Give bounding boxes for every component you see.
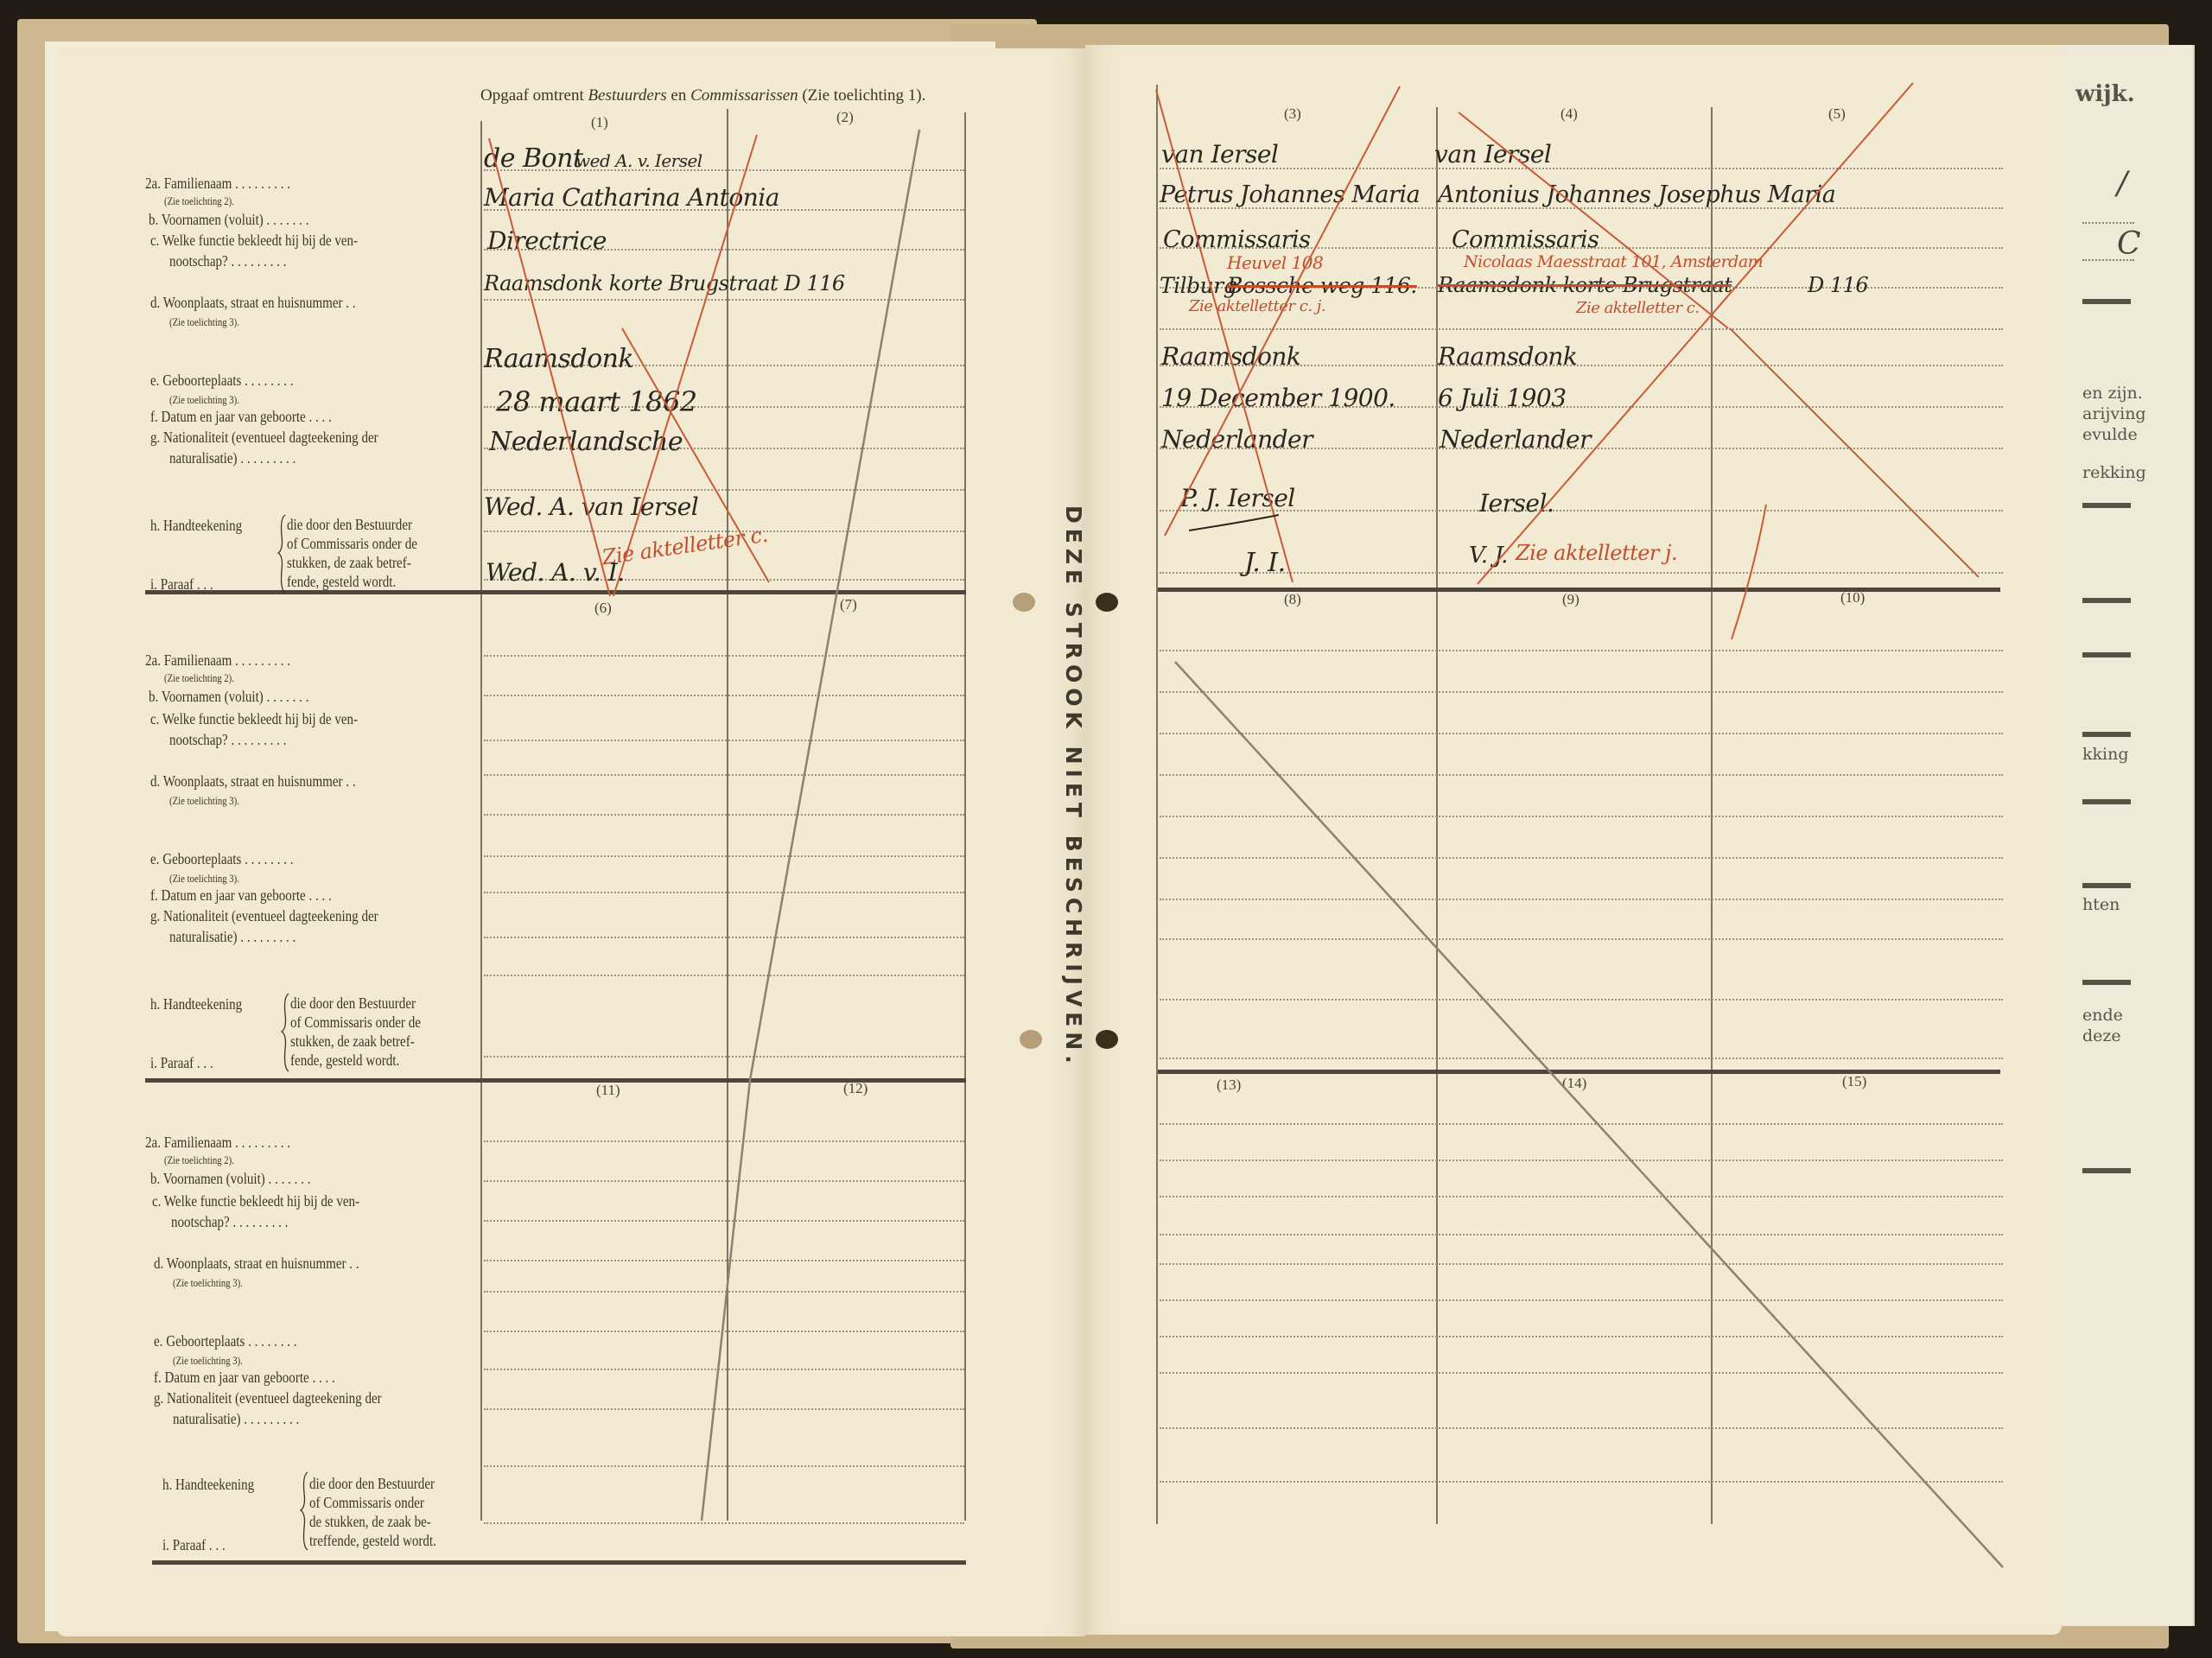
hw-handteekening: Wed. A. van Iersel — [484, 492, 698, 521]
under-page-rule — [2082, 503, 2131, 508]
punch-hole — [1096, 1030, 1118, 1049]
under-page-rule — [2082, 299, 2131, 304]
under-page-text: deze — [2082, 1026, 2121, 1045]
row-line — [484, 1331, 964, 1332]
label-paraaf: i. Paraaf . . . — [150, 575, 213, 594]
hw-familienaam-addition: wed A. v. Iersel — [575, 150, 702, 171]
row-line — [1160, 1263, 2003, 1265]
row-line — [484, 740, 964, 741]
under-page-text: en zijn. — [2082, 384, 2143, 403]
row-line — [484, 1465, 964, 1467]
label-functie-cont: nootschap? . . . . . . . . . — [171, 1213, 288, 1231]
row-line — [484, 1140, 964, 1142]
label-paraaf: i. Paraaf . . . — [150, 1054, 213, 1072]
row-line — [484, 1522, 964, 1524]
label-nationaliteit-cont: naturalisatie) . . . . . . . . . — [173, 1410, 299, 1428]
hw-geboortedatum: 19 December 1900. — [1161, 384, 1395, 412]
label-voornamen: b. Voornamen (voluit) . . . . . . . — [149, 211, 308, 229]
label-note: (Zie toelichting 3). — [169, 316, 239, 329]
row-line — [1160, 899, 2003, 900]
hw-woonplaats-correction: Heuvel 108 — [1227, 252, 1323, 273]
hw-familienaam: van Iersel — [1434, 140, 1551, 168]
hw-woonplaats-suffix: D 116 — [1808, 273, 1868, 297]
label-geboorteplaats: e. Geboorteplaats . . . . . . . . — [154, 1332, 297, 1350]
hw-paraaf: Wed. A. v. I. — [486, 558, 625, 587]
label-functie: c. Welke functie bekleedt hij bij de ven… — [150, 710, 358, 728]
column-number: (6) — [594, 600, 612, 617]
under-page-text: kking — [2082, 745, 2129, 764]
row-line — [1160, 1336, 2003, 1337]
punch-hole — [1013, 593, 1035, 612]
label-functie: c. Welke functie bekleedt hij bij de ven… — [150, 232, 358, 250]
label-familienaam: 2a. Familienaam . . . . . . . . . — [145, 651, 290, 670]
label-woonplaats: d. Woonplaats, straat en huisnummer . . — [150, 294, 356, 312]
underlying-page: wijk. / C en zijn. arijving evulde rekki… — [2056, 45, 2195, 1626]
row-line — [1160, 328, 2003, 330]
row-line — [1160, 999, 2003, 1001]
title-prefix: Opgaaf omtrent — [480, 86, 588, 105]
label-geboortedatum: f. Datum en jaar van geboorte . . . . — [150, 408, 332, 426]
row-line — [484, 1056, 964, 1058]
row-line — [1160, 1372, 2003, 1374]
column-number: (14) — [1562, 1075, 1586, 1092]
label-note: (Zie toelichting 3). — [169, 394, 239, 407]
under-page-text: ende — [2082, 1006, 2123, 1025]
hw-red-note: Zie aktelletter c. — [1576, 299, 1700, 317]
punch-hole — [1096, 593, 1118, 612]
label-handteekening: h. Handteekening — [150, 517, 242, 535]
hw-woonplaats-prefix: Tilburg — [1160, 273, 1236, 298]
brace-line: fende, gesteld wordt. — [290, 1051, 421, 1070]
label-functie-cont: nootschap? . . . . . . . . . — [169, 252, 286, 270]
hw-geboorteplaats: Raamsdonk — [484, 344, 633, 374]
brace-line: stukken, de zaak betref- — [290, 1032, 421, 1051]
label-voornamen: b. Voornamen (voluit) . . . . . . . — [150, 1170, 310, 1188]
hw-handteekening: P. J. Iersel — [1180, 484, 1295, 512]
under-page-dotted-line — [2082, 222, 2134, 224]
hw-familienaam: van Iersel — [1161, 140, 1278, 168]
row-line — [484, 489, 964, 491]
row-line — [1160, 168, 2003, 169]
brace-line: of Commissaris onder — [309, 1493, 436, 1512]
label-signature-explanation: die door den Bestuurder of Commissaris o… — [287, 515, 417, 591]
hw-nationaliteit: Nederlandsche — [489, 427, 683, 457]
title-bestuurders: Bestuurders — [588, 86, 667, 105]
label-woonplaats: d. Woonplaats, straat en huisnummer . . — [154, 1255, 359, 1273]
label-note: (Zie toelichting 3). — [169, 795, 239, 808]
label-handteekening: h. Handteekening — [162, 1476, 254, 1494]
row-line — [1160, 1123, 2003, 1125]
brace-line: die door den Bestuurder — [290, 994, 421, 1013]
block-separator — [145, 590, 966, 594]
row-line — [484, 975, 964, 976]
row-line — [484, 655, 964, 657]
row-line — [1160, 1427, 2003, 1429]
hw-functie: Commissaris — [1163, 226, 1310, 253]
hw-nationaliteit: Nederlander — [1440, 425, 1591, 454]
label-note: (Zie toelichting 3). — [173, 1277, 243, 1290]
hw-functie: Directrice — [487, 226, 607, 255]
brace-line: die door den Bestuurder — [287, 515, 417, 534]
label-nationaliteit: g. Nationaliteit (eventueel dagteekening… — [150, 429, 378, 447]
hw-voornamen: Petrus Johannes Maria — [1160, 181, 1420, 208]
row-line — [484, 1291, 964, 1293]
row-line — [484, 814, 964, 816]
column-number: (8) — [1284, 591, 1301, 608]
row-line — [484, 299, 964, 301]
label-geboorteplaats: e. Geboorteplaats . . . . . . . . — [150, 850, 294, 868]
under-page-text: evulde — [2082, 425, 2138, 444]
under-page-rule — [2082, 1168, 2131, 1173]
hw-geboorteplaats: Raamsdonk — [1438, 342, 1577, 371]
title-suffix: (Zie toelichting 1). — [798, 86, 926, 105]
hw-paraaf: V. J. — [1469, 543, 1508, 569]
label-woonplaats: d. Woonplaats, straat en huisnummer . . — [150, 772, 356, 791]
column-number: (11) — [596, 1082, 620, 1099]
row-line — [1160, 1196, 2003, 1197]
brace-line: of Commissaris onder de — [290, 1013, 421, 1032]
row-line — [484, 1180, 964, 1182]
hw-handteekening: Iersel. — [1479, 489, 1554, 518]
row-line — [484, 1220, 964, 1222]
row-line — [1160, 572, 2003, 574]
label-nationaliteit: g. Nationaliteit (eventueel dagteekening… — [150, 907, 378, 925]
hw-functie: Commissaris — [1452, 226, 1599, 253]
block-separator — [145, 1078, 966, 1083]
under-page-rule — [2082, 883, 2131, 888]
under-page-handwriting-2: C — [2117, 226, 2140, 262]
row-line — [1160, 938, 2003, 940]
brace-line: die door den Bestuurder — [309, 1474, 436, 1493]
row-line — [484, 1369, 964, 1370]
under-page-handwriting-1: / — [2117, 166, 2127, 201]
label-familienaam: 2a. Familienaam . . . . . . . . . — [145, 1134, 290, 1152]
row-line — [1160, 1481, 2003, 1483]
column-number: (15) — [1842, 1073, 1866, 1090]
hw-red-note-2: Zie aktelletter j. — [1516, 541, 1677, 565]
row-line — [1160, 857, 2003, 859]
hw-red-note: Zie aktelletter c. j. — [1189, 297, 1325, 315]
label-signature-explanation: die door den Bestuurder of Commissaris o… — [309, 1474, 436, 1550]
under-page-text: arijving — [2082, 404, 2146, 423]
hw-woonplaats-struck: Bossche weg 116. — [1227, 273, 1417, 298]
row-line — [484, 892, 964, 893]
strip-notice: DEZE STROOK NIET BESCHRIJVEN. — [1061, 505, 1086, 1069]
brace-line: de stukken, de zaak be- — [309, 1512, 436, 1531]
row-line — [1160, 733, 2003, 734]
brace-line: fende, gesteld wordt. — [287, 572, 417, 591]
block-separator — [1158, 1070, 2000, 1074]
row-line — [1160, 774, 2003, 776]
column-number: (13) — [1217, 1077, 1241, 1094]
column-rule — [480, 121, 482, 1521]
row-line — [484, 937, 964, 938]
brace-line: stukken, de zaak betref- — [287, 553, 417, 572]
under-page-rule — [2082, 732, 2131, 737]
label-functie-cont: nootschap? . . . . . . . . . — [169, 731, 286, 749]
hw-voornamen: Antonius Johannes Josephus Maria — [1438, 181, 1835, 208]
row-line — [1160, 1234, 2003, 1236]
label-geboortedatum: f. Datum en jaar van geboorte . . . . — [154, 1369, 335, 1387]
column-number: (3) — [1284, 105, 1301, 123]
brace-line: treffende, gesteld wordt. — [309, 1531, 436, 1550]
label-geboortedatum: f. Datum en jaar van geboorte . . . . — [150, 886, 332, 905]
title-en: en — [667, 86, 690, 105]
row-line — [1160, 816, 2003, 817]
hw-geboortedatum: 28 maart 1862 — [496, 385, 697, 418]
row-line — [1160, 650, 2003, 651]
row-line — [484, 855, 964, 857]
label-note: (Zie toelichting 2). — [164, 195, 234, 208]
row-line — [484, 1260, 964, 1261]
row-line — [1160, 1058, 2003, 1059]
hw-paraaf: J. I. — [1244, 548, 1286, 578]
label-note: (Zie toelichting 2). — [164, 672, 234, 685]
label-note: (Zie toelichting 3). — [173, 1355, 243, 1368]
label-functie: c. Welke functie bekleedt hij bij de ven… — [152, 1192, 359, 1210]
hw-voornamen: Maria Catharina Antonia — [484, 183, 779, 212]
label-nationaliteit: g. Nationaliteit (eventueel dagteekening… — [154, 1389, 382, 1407]
label-note: (Zie toelichting 2). — [164, 1154, 234, 1167]
label-nationaliteit-cont: naturalisatie) . . . . . . . . . — [169, 449, 296, 467]
row-line — [1160, 1159, 2003, 1161]
column-rule — [964, 112, 966, 1521]
hw-geboorteplaats: Raamsdonk — [1161, 342, 1300, 371]
label-paraaf: i. Paraaf . . . — [162, 1536, 226, 1554]
row-line — [1160, 691, 2003, 693]
hw-woonplaats-struck: Raamsdonk korte Brugstraat — [1438, 273, 1732, 297]
label-familienaam: 2a. Familienaam . . . . . . . . . — [145, 175, 290, 193]
brace-line: of Commissaris onder de — [287, 534, 417, 553]
label-nationaliteit-cont: naturalisatie) . . . . . . . . . — [169, 928, 296, 946]
hw-geboortedatum: 6 Juli 1903 — [1438, 384, 1567, 412]
label-voornamen: b. Voornamen (voluit) . . . . . . . — [149, 688, 308, 706]
label-geboorteplaats: e. Geboorteplaats . . . . . . . . — [150, 372, 294, 390]
column-number: (4) — [1560, 105, 1578, 123]
column-rule — [1156, 85, 1158, 1524]
under-page-rule — [2082, 799, 2131, 804]
column-number: (9) — [1562, 591, 1580, 608]
column-number: (2) — [836, 109, 854, 126]
under-page-dotted-line — [2082, 259, 2134, 261]
under-page-rule — [2082, 598, 2131, 603]
row-line — [484, 774, 964, 776]
label-signature-explanation: die door den Bestuurder of Commissaris o… — [290, 994, 421, 1070]
column-number: (12) — [843, 1080, 868, 1097]
hw-familienaam: de Bont — [484, 143, 582, 174]
label-handteekening: h. Handteekening — [150, 995, 242, 1013]
label-note: (Zie toelichting 3). — [169, 873, 239, 886]
under-page-text: hten — [2082, 895, 2120, 914]
hw-woonplaats: Raamsdonk korte Brugstraat D 116 — [484, 271, 845, 295]
row-line — [484, 1408, 964, 1410]
under-page-rule — [2082, 980, 2131, 985]
row-line — [1160, 1299, 2003, 1301]
block-separator — [1158, 588, 2000, 592]
column-number: (7) — [840, 596, 857, 613]
column-number: (1) — [591, 114, 608, 131]
hw-woonplaats-correction: Nicolaas Maesstraat 101, Amsterdam — [1464, 252, 1763, 271]
form-title: Opgaaf omtrent Bestuurders en Commissari… — [480, 86, 925, 105]
column-number: (10) — [1840, 589, 1865, 607]
title-commissarissen: Commissarissen — [690, 86, 798, 105]
block-separator — [152, 1560, 966, 1565]
row-line — [484, 695, 964, 696]
under-page-text: rekking — [2082, 463, 2146, 482]
hw-nationaliteit: Nederlander — [1161, 425, 1313, 454]
column-number: (5) — [1828, 105, 1846, 123]
under-page-header: wijk. — [2075, 81, 2135, 107]
punch-hole — [1020, 1030, 1042, 1049]
under-page-rule — [2082, 652, 2131, 657]
